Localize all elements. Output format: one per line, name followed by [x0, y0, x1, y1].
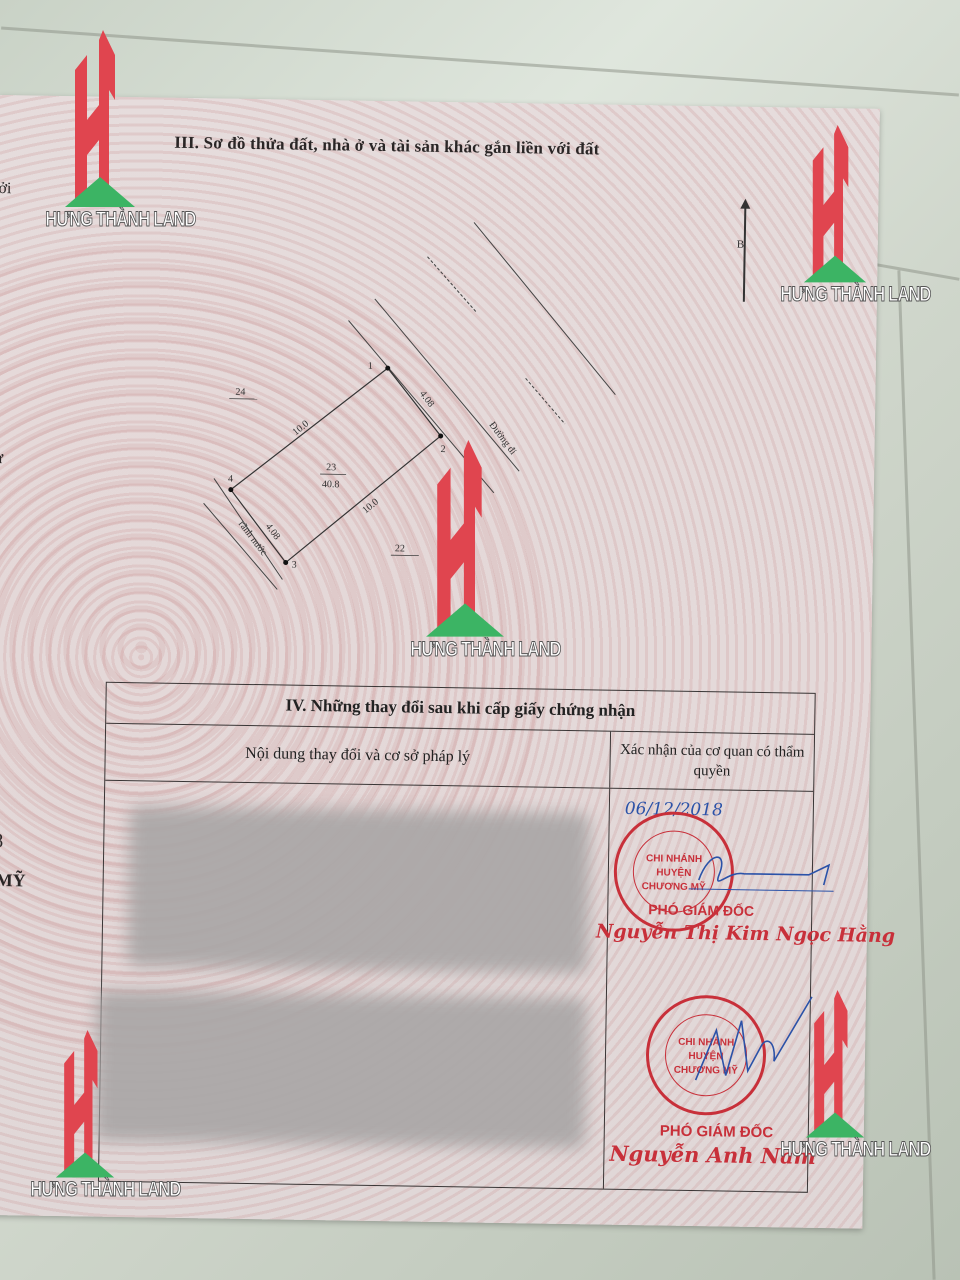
edge-length: 4.08: [263, 521, 282, 542]
watermark-logo: HƯNG THÀNH LAND: [765, 990, 905, 1162]
column-header-confirm: Xác nhận của cơ quan có thẩm quyền: [610, 732, 814, 791]
road-edge: [471, 222, 618, 394]
signature-icon: [689, 845, 840, 897]
drain-line: [202, 503, 278, 589]
hung-thanh-logo-icon: [55, 1030, 115, 1180]
watermark-text: HƯNG THÀNH LAND: [45, 208, 154, 232]
signer-name: Nguyễn Thị Kim Ngọc Hằng: [596, 920, 895, 947]
signer-title: PHÓ GIÁM ĐỐC: [648, 901, 754, 919]
section4-changes-table: IV. Những thay đổi sau khi cấp giấy chứn…: [98, 682, 816, 1193]
watermark-logo: HƯNG THÀNH LAND: [15, 1030, 155, 1202]
parcel-number: 23: [326, 462, 336, 473]
vertex-label: 1: [368, 361, 373, 372]
left-fragment: MỸ: [0, 870, 26, 891]
hung-thanh-logo-icon: [805, 990, 865, 1140]
edge-length: 4.08: [417, 389, 436, 410]
redacted-content: [127, 806, 589, 973]
hung-thanh-logo-icon: [425, 440, 505, 640]
watermark-logo: HƯNG THÀNH LAND: [30, 30, 170, 232]
vertex-label: 3: [292, 560, 297, 571]
watermark-text: HƯNG THÀNH LAND: [410, 638, 519, 662]
hung-thanh-logo-icon: [800, 125, 870, 285]
redacted-content: [95, 991, 587, 1149]
left-fragment: 8: [0, 830, 3, 853]
column-header-content: Nội dung thay đổi và cơ sở pháp lý: [105, 724, 611, 788]
watermark-text: HƯNG THÀNH LAND: [780, 283, 889, 307]
watermark-text: HƯNG THÀNH LAND: [780, 1138, 889, 1162]
table-body: 06/12/2018 CHI NHÁNH HUYỆN CHƯƠNG MỸ PHÓ…: [99, 781, 813, 1192]
signer-title: PHÓ GIÁM ĐỐC: [660, 1122, 774, 1141]
road-centerline: [525, 378, 566, 424]
vertex-label: 4: [228, 474, 233, 485]
neighbor-parcel: 24: [235, 387, 245, 398]
drain-label: rãnh nước: [236, 519, 269, 558]
edge-length: 10.0: [291, 418, 312, 438]
watermark-logo: HƯNG THÀNH LAND: [395, 440, 535, 662]
parcel-area: 40.8: [322, 479, 340, 490]
watermark-logo: HƯNG THÀNH LAND: [765, 125, 905, 307]
content-cell: [99, 781, 610, 1189]
hung-thanh-logo-icon: [65, 30, 135, 210]
road-centerline: [427, 257, 478, 313]
watermark-text: HƯNG THÀNH LAND: [30, 1178, 139, 1202]
